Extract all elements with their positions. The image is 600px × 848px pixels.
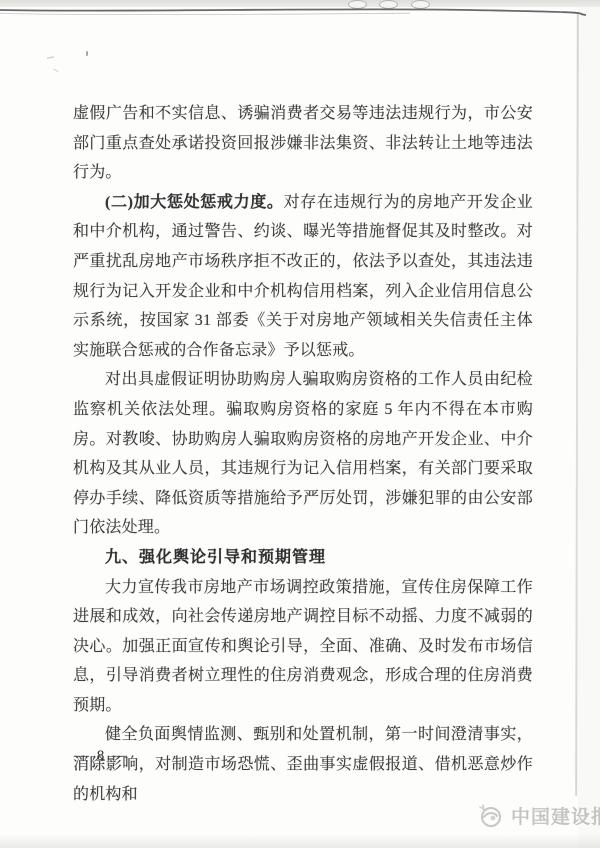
paragraph: 虚假广告和不实信息、诱骗消费者交易等违法违规行为，市公安部门重点查处承诺投资回报… — [73, 99, 533, 188]
paragraph: 健全负面舆情监测、甄别和处置机制，第一时间澄清事实，消除影响，对制造市场恐慌、歪… — [73, 720, 533, 809]
scanned-document-page: { "document": { "content": [ { "type": "… — [0, 0, 600, 848]
pen-speck — [86, 51, 88, 56]
publisher-watermark: 中国建设报 — [476, 801, 600, 829]
china-construction-news-logo-icon — [476, 801, 504, 829]
scan-paper-edge-shadow — [578, 0, 600, 848]
paragraph-text: 对存在违规行为的房地产开发企业和中介机构，通过警告、约谈、曝光等措施督促其及时整… — [73, 194, 533, 359]
paragraph-text: 健全负面舆情监测、甄别和处置机制，第一时间澄清事实，消除影响，对制造市场恐慌、歪… — [73, 726, 533, 802]
paragraph: 大力宣传我市房地产市场调控政策措施，宣传住房保障工作进展和成效，向社会传递房地产… — [73, 573, 533, 721]
paragraph-text: 虚假广告和不实信息、诱骗消费者交易等违法违规行为，市公安部门重点查处承诺投资回报… — [73, 105, 533, 181]
page-number: — 8 — — [74, 748, 129, 765]
scan-top-band — [0, 0, 600, 7]
pen-speck — [47, 56, 54, 58]
pen-speck — [53, 69, 59, 73]
scan-bottom-smudge — [0, 834, 600, 848]
document-text-block: 虚假广告和不实信息、诱骗消费者交易等违法违规行为，市公安部门重点查处承诺投资回报… — [73, 99, 533, 809]
paragraph: 对出具虚假证明协助购房人骗取购房资格的工作人员由纪检监察机关依法处理。骗取购房资… — [73, 365, 533, 543]
paragraph: (二)加大惩处惩戒力度。对存在违规行为的房地产开发企业和中介机构，通过警告、约谈… — [73, 188, 533, 366]
paragraph-text: 对出具虚假证明协助购房人骗取购房资格的工作人员由纪检监察机关依法处理。骗取购房资… — [73, 371, 533, 536]
publisher-name: 中国建设报 — [511, 802, 600, 829]
binding-hole-icon — [379, 0, 398, 9]
section-heading: 九、强化舆论引导和预期管理 — [73, 543, 533, 573]
binding-hole-icon — [411, 0, 430, 9]
paragraph-text: 大力宣传我市房地产市场调控政策措施，宣传住房保障工作进展和成效，向社会传递房地产… — [73, 579, 533, 714]
paragraph-lead: (二)加大惩处惩戒力度。 — [105, 194, 284, 211]
binding-hole-icon — [348, 0, 367, 9]
